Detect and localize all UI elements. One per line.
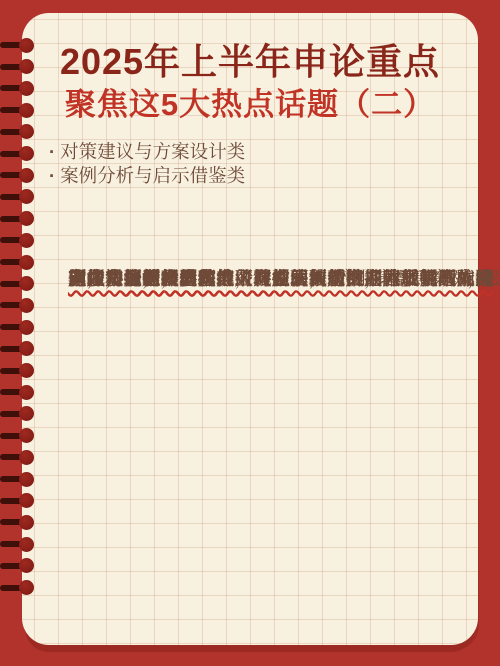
ring-hole-dot [19,298,34,313]
ring-hole-dot [19,537,34,552]
ring-hole-dot [19,406,34,421]
ring-hole-dot [19,59,34,74]
ring-hole-dot [19,385,34,400]
ring-hole-dot [19,211,34,226]
ring-hole-dot [19,320,34,335]
ring-hole-dot [19,255,34,270]
ring-hole-dot [19,276,34,291]
ring-hole-dot [19,450,34,465]
ring-hole-dot [19,168,34,183]
ring-hole-dot [19,363,34,378]
ring-hole-dot [19,341,34,356]
section-heading: ·对策建议与方案设计类 [45,140,472,164]
bullet-icon: · [49,164,55,188]
bullet-icon: · [49,140,55,164]
post-subtitle: 聚焦这5大热点话题（二） [22,86,478,123]
plain-text: 案例分析与启示借鉴类 [60,165,245,186]
text-line: 区域协同管理模式等，并说明其可推广性。 [68,267,466,291]
post-title: 2025年上半年申论重点 [22,41,478,83]
plain-text: 区域协同管理模式等，并说明其可推广性。 [68,268,420,289]
ring-hole-dot [19,189,34,204]
plain-text: 对策建议与方案设计类 [60,141,245,162]
poster-frame: 2025年上半年申论重点 聚焦这5大热点话题（二） ·对策建议与方案设计类围绕科… [0,0,500,666]
notebook-card: 2025年上半年申论重点 聚焦这5大热点话题（二） ·对策建议与方案设计类围绕科… [22,13,478,645]
ring-hole-dot [19,146,34,161]
ring-hole-dot [19,558,34,573]
spiral-binding [0,0,40,666]
ring-hole-dot [19,124,34,139]
ring-hole-dot [19,515,34,530]
ring-hole-dot [19,81,34,96]
ring-hole-dot [19,428,34,443]
ring-hole-dot [19,472,34,487]
post-body: ·对策建议与方案设计类围绕科技创新驱动产业转型中面临的卡脖子技术难题，设置题目。… [45,140,472,188]
ring-hole-dot [19,580,34,595]
section-heading: ·案例分析与启示借鉴类 [45,164,472,188]
ring-hole-dot [19,233,34,248]
ring-hole-dot [19,103,34,118]
ring-hole-dot [19,38,34,53]
ring-hole-dot [19,493,34,508]
